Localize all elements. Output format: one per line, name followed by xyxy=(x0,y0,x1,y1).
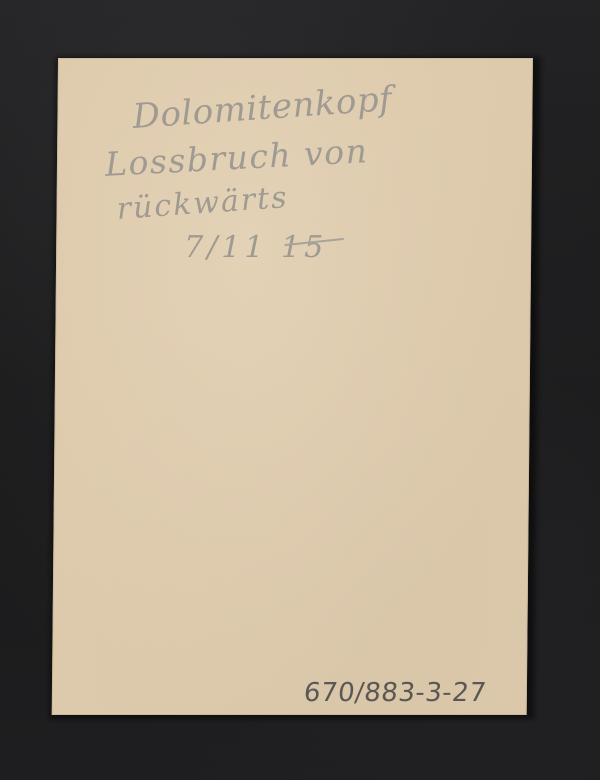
catalog-number: 670/883-3-27 xyxy=(302,678,488,708)
handwritten-date: 7/11 15 xyxy=(184,230,327,265)
archival-card-verso: Dolomitenkopf Lossbruch von rückwärts 7/… xyxy=(52,58,533,715)
handwritten-line-3: rückwärts xyxy=(116,180,290,227)
handwritten-line-2: Lossbruch von xyxy=(104,131,369,184)
handwritten-line-1: Dolomitenkopf xyxy=(132,79,394,137)
